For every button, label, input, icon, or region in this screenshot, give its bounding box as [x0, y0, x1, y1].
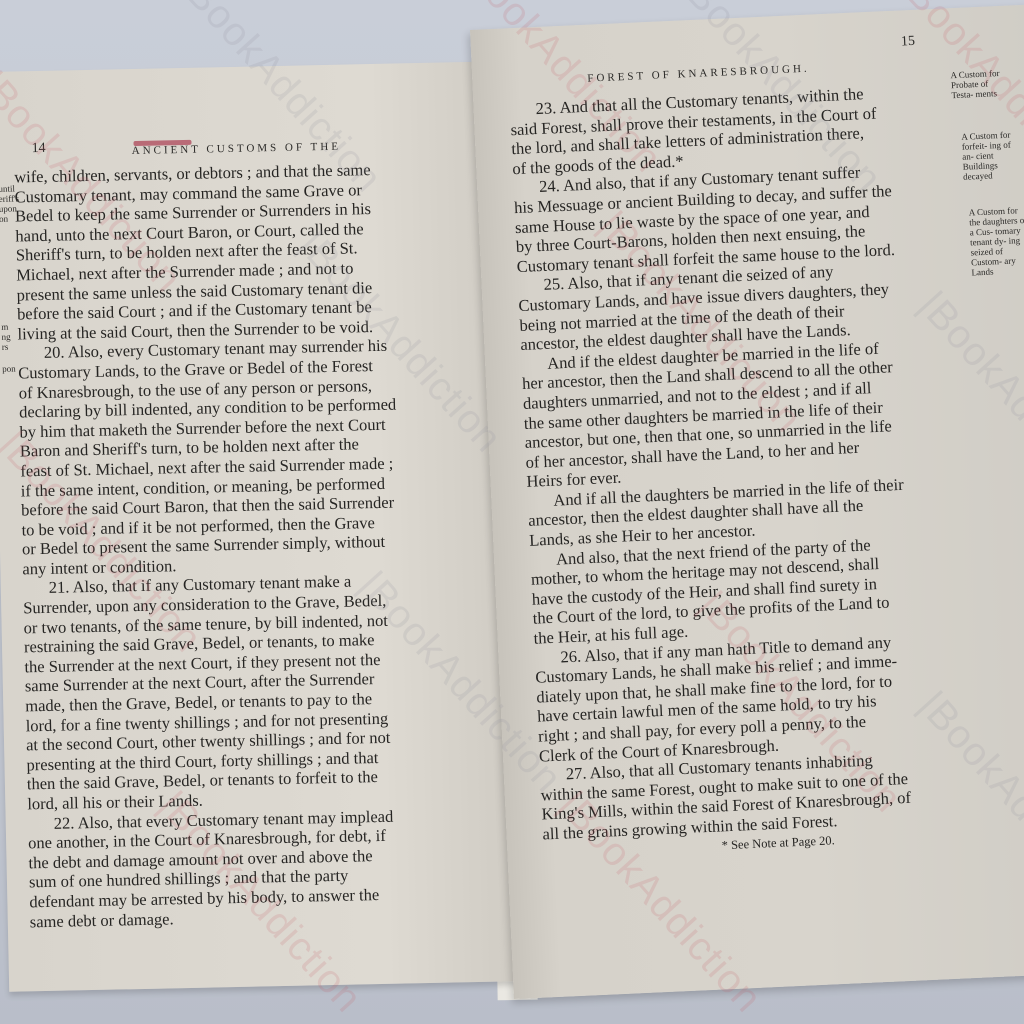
right-page: 15 FOREST OF KNARESBROUGH. A Custom for … — [470, 3, 1024, 999]
margin-note-left-3: pon — [2, 364, 16, 374]
left-page: 14 ANCIENT CUSTOMS OF THE until eriff's … — [0, 61, 549, 992]
left-page-text: wife, children, servants, or debtors ; a… — [14, 158, 485, 932]
running-head-right: FOREST OF KNARESBROUGH. — [587, 63, 810, 85]
margin-note-left-2: m ng rs — [1, 322, 11, 352]
page-number-right: 15 — [901, 34, 916, 51]
page-number-left: 14 — [31, 141, 45, 157]
right-page-text: 23. And that all the Customary tenants, … — [509, 79, 1013, 864]
